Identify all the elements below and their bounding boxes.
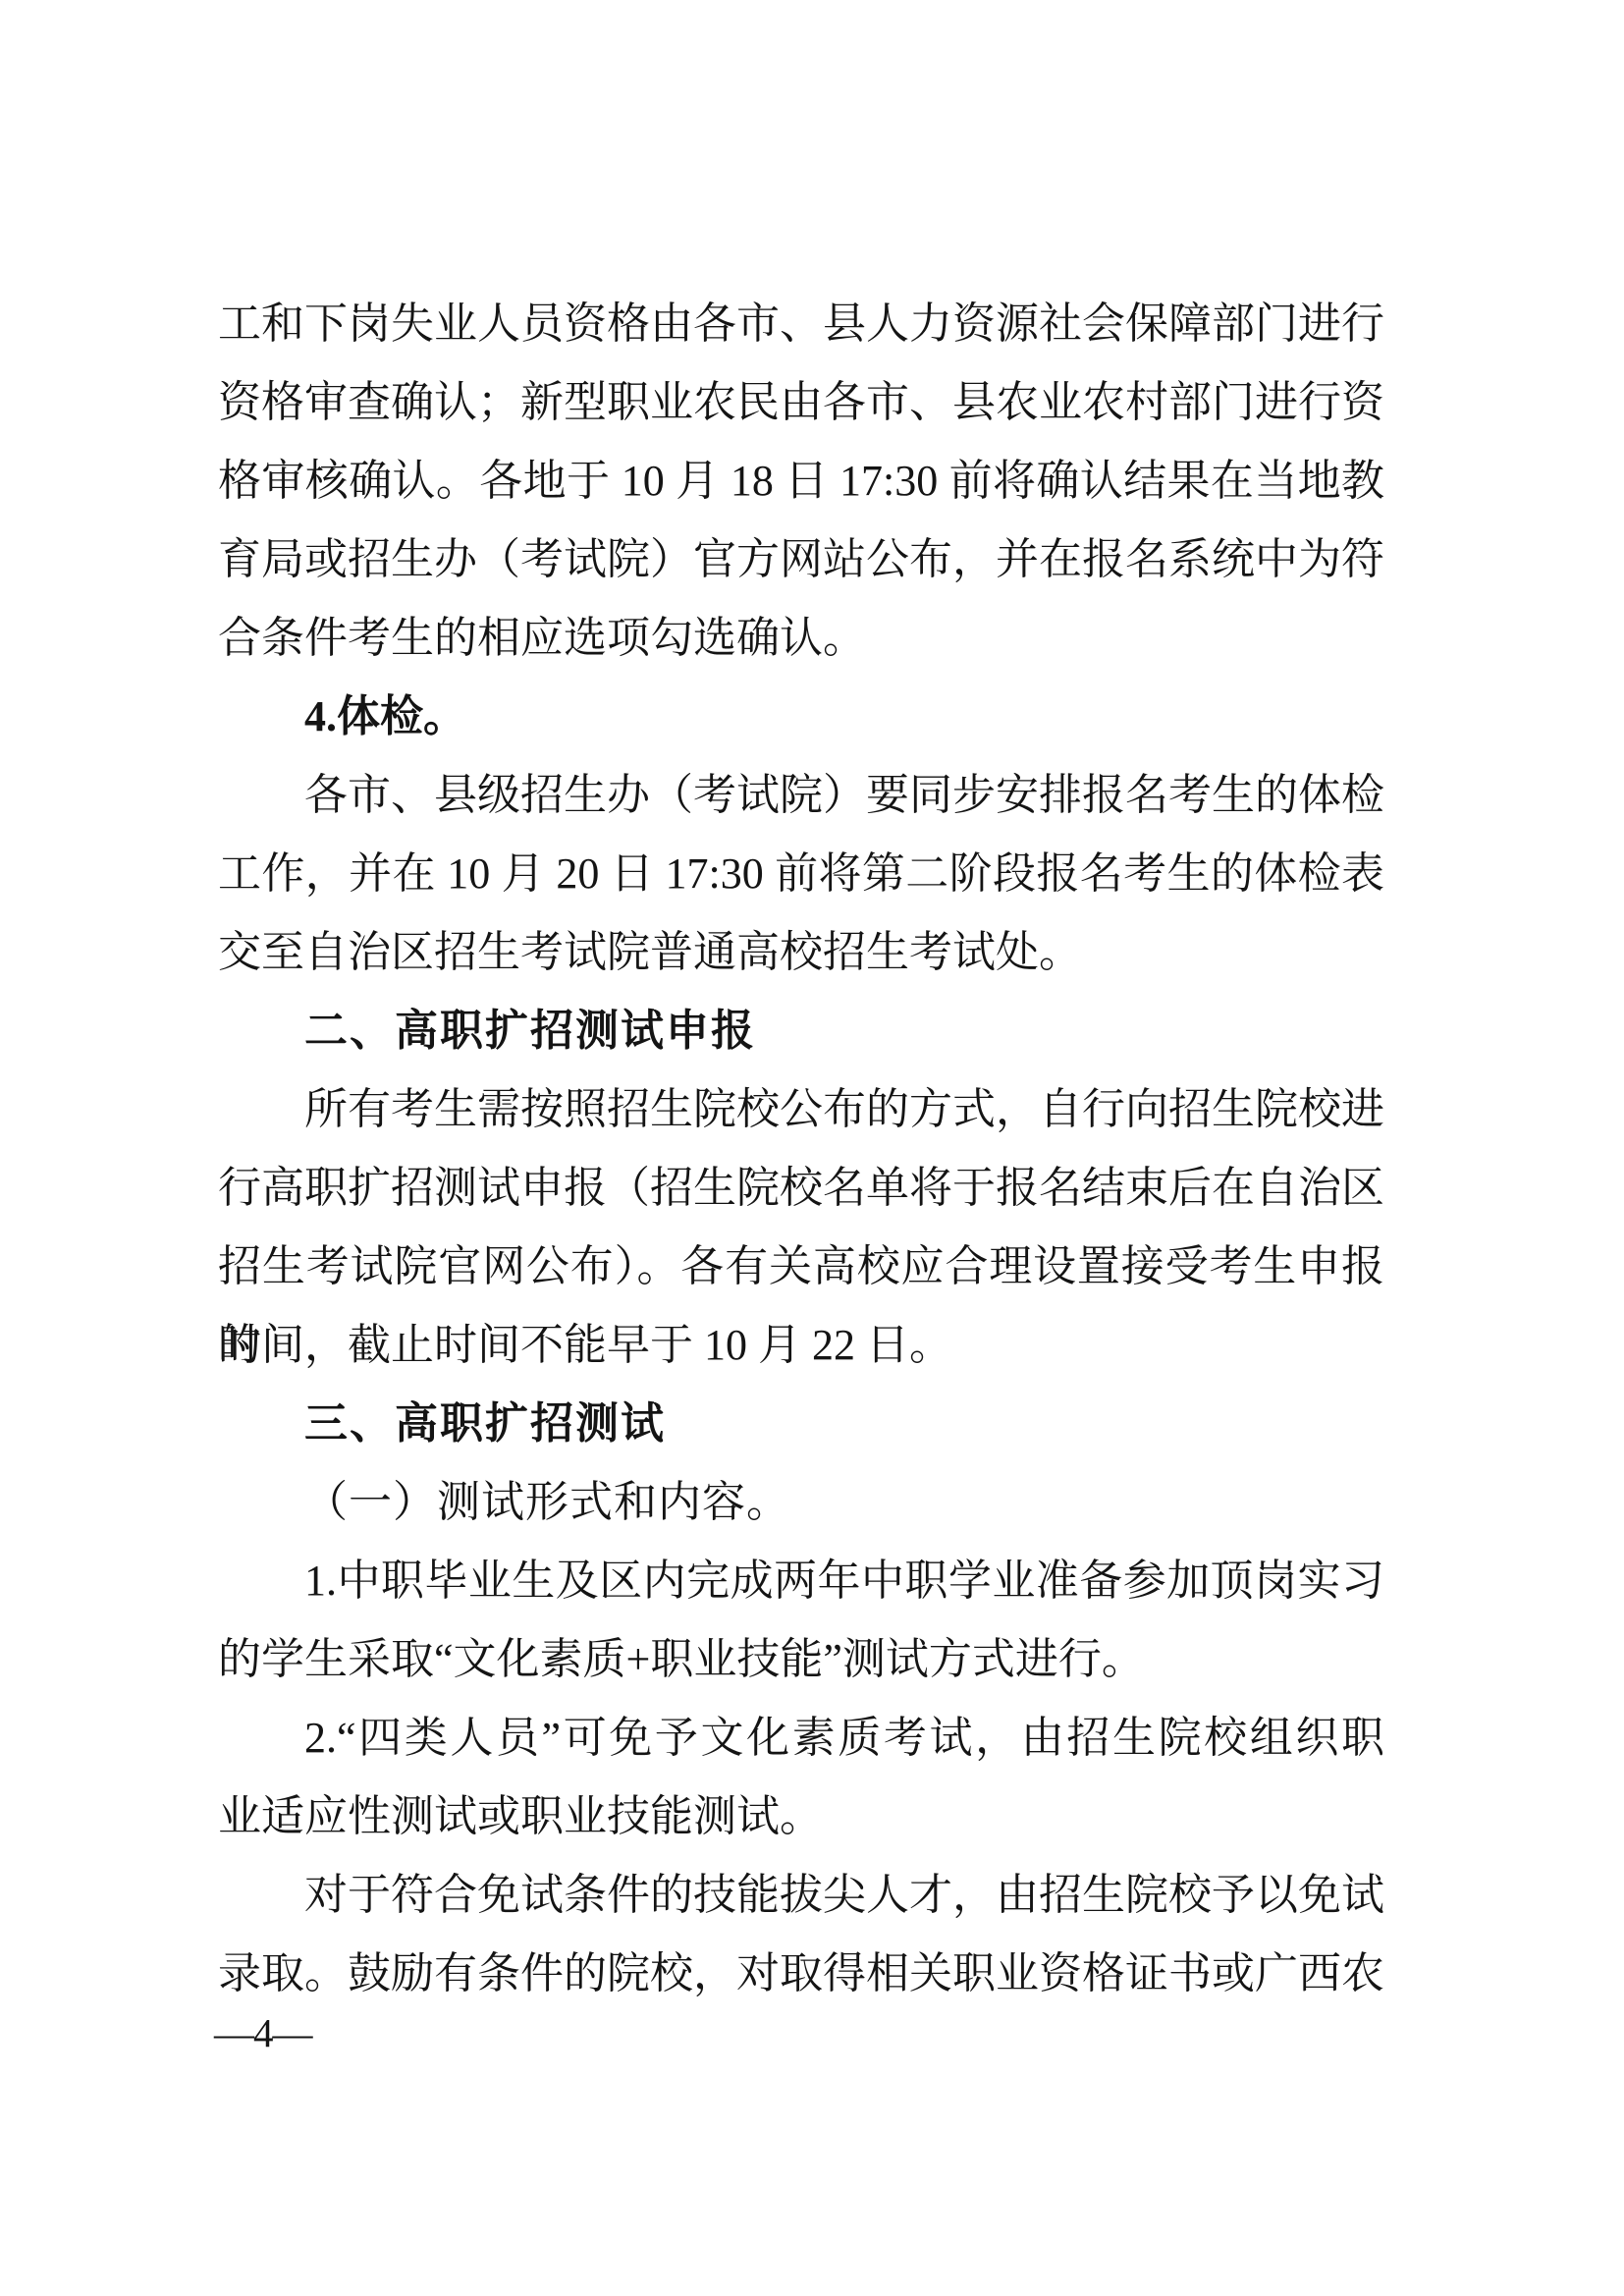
paragraph-line: 业适应性测试或职业技能测试。 (218, 1777, 1384, 1856)
paragraph-line: 招生考试院官网公布）。各有关高校应合理设置接受考生申报的 (218, 1228, 1384, 1306)
paragraph-line: 各市、县级招生办（考试院）要同步安排报名考生的体检 (218, 756, 1384, 835)
paragraph-line: 资格审查确认；新型职业农民由各市、县农业农村部门进行资 (218, 363, 1384, 442)
section-heading-3: 三、高职扩招测试 (218, 1385, 1384, 1463)
paragraph-line: 工作，并在 10 月 20 日 17:30 前将第二阶段报名考生的体检表 (218, 835, 1384, 913)
section-heading-2: 二、高职扩招测试申报 (218, 992, 1384, 1070)
paragraph-line: 录取。鼓励有条件的院校，对取得相关职业资格证书或广西农 (218, 1935, 1384, 2013)
heading-item-4: 4.体检。 (218, 678, 1384, 756)
paragraph-line: 对于符合免试条件的技能拔尖人才，由招生院校予以免试 (218, 1856, 1384, 1935)
paragraph-line: 育局或招生办（考试院）官方网站公布，并在报名系统中为符 (218, 520, 1384, 599)
paragraph-line: 行高职扩招测试申报（招生院校名单将于报名结束后在自治区 (218, 1149, 1384, 1228)
paragraph-line: 的学生采取“文化素质+职业技能”测试方式进行。 (218, 1620, 1384, 1699)
paragraph-line: 合条件考生的相应选项勾选确认。 (218, 599, 1384, 678)
subsection-heading-1: （一）测试形式和内容。 (218, 1463, 1384, 1542)
paragraph-line: 所有考生需按照招生院校公布的方式，自行向招生院校进 (218, 1070, 1384, 1149)
paragraph-line: 1.中职毕业生及区内完成两年中职学业准备参加顶岗实习 (218, 1542, 1384, 1620)
paragraph-line: 工和下岗失业人员资格由各市、县人力资源社会保障部门进行 (218, 285, 1384, 363)
paragraph-line: 交至自治区招生考试院普通高校招生考试处。 (218, 913, 1384, 992)
page-number: —4— (214, 2011, 312, 2054)
paragraph-line: 2.“四类人员”可免予文化素质考试，由招生院校组织职 (218, 1699, 1384, 1777)
paragraph-line: 格审核确认。各地于 10 月 18 日 17:30 前将确认结果在当地教 (218, 442, 1384, 520)
document-body: 工和下岗失业人员资格由各市、县人力资源社会保障部门进行 资格审查确认；新型职业农… (218, 285, 1384, 2013)
document-page: 工和下岗失业人员资格由各市、县人力资源社会保障部门进行 资格审查确认；新型职业农… (0, 0, 1624, 2296)
paragraph-line: 时间，截止时间不能早于 10 月 22 日。 (218, 1306, 1384, 1385)
